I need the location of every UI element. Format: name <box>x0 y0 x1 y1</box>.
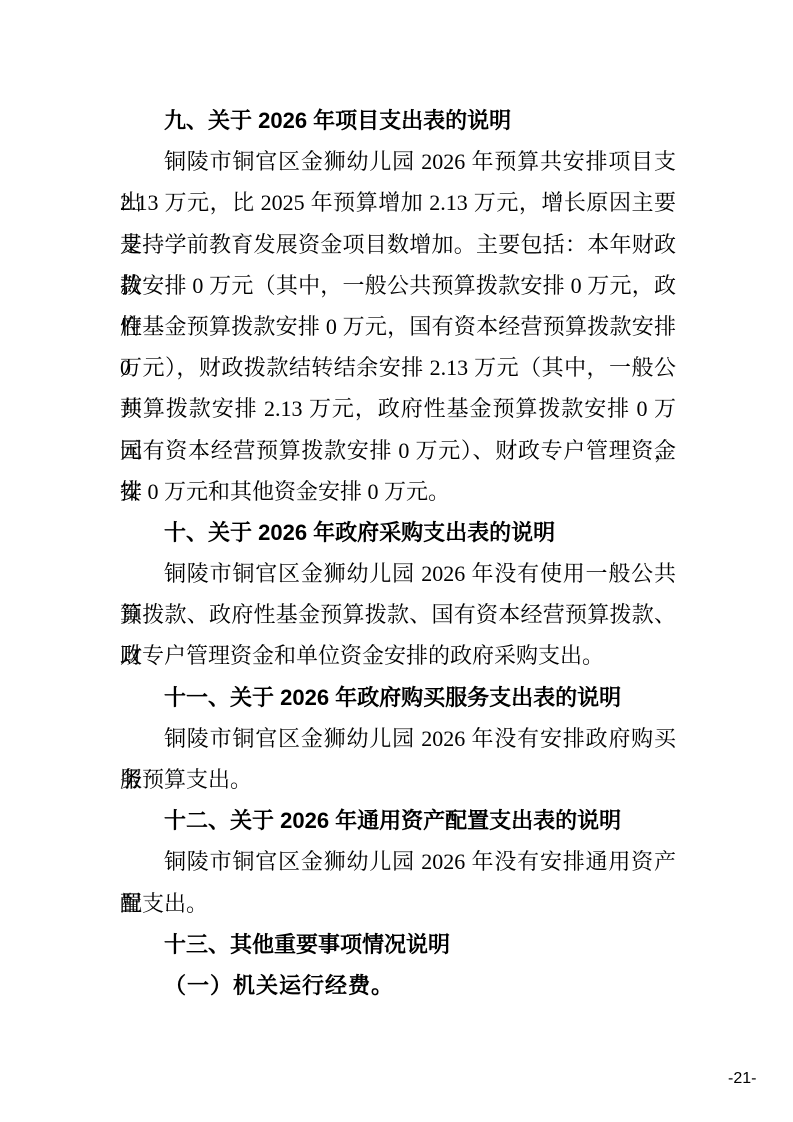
text-line: 置支出。 <box>120 883 676 924</box>
text-line: 万元），财政拨款结转结余安排 2.13 万元（其中，一般公共 <box>120 347 676 388</box>
text-line: 铜陵市铜官区金狮幼儿园 2026 年没有安排通用资产配 <box>120 841 676 882</box>
text-line: 算拨款、政府性基金预算拨款、国有资本经营预算拨款、财 <box>120 594 676 635</box>
section-heading: 十、关于 2026 年政府采购支出表的说明 <box>120 512 676 553</box>
text-line: 铜陵市铜官区金狮幼儿园 2026 年没有使用一般公共预 <box>120 553 676 594</box>
text-line: 政专户管理资金和单位资金安排的政府采购支出。 <box>120 635 676 676</box>
document-page: { "page": { "number_label": "-21-" }, "d… <box>0 0 793 1122</box>
section-heading: 九、关于 2026 年项目支出表的说明 <box>120 100 676 141</box>
text-line: 国有资本经营预算拨款安排 0 万元）、财政专户管理资金安 <box>120 430 676 471</box>
section-heading: 十一、关于 2026 年政府购买服务支出表的说明 <box>120 677 676 718</box>
text-line: 款安排 0 万元（其中，一般公共预算拨款安排 0 万元，政府 <box>120 265 676 306</box>
text-line: 预算拨款安排 2.13 万元，政府性基金预算拨款安排 0 万元， <box>120 388 676 429</box>
sub-heading: （一）机关运行经费。 <box>120 965 676 1006</box>
page-number: -21- <box>728 1070 772 1088</box>
text-line: 铜陵市铜官区金狮幼儿园 2026 年预算共安排项目支出 <box>120 141 676 182</box>
text-line: 支持学前教育发展资金项目数增加。主要包括：本年财政拨 <box>120 224 676 265</box>
text-line: 排 0 万元和其他资金安排 0 万元。 <box>120 471 676 512</box>
text-line: 铜陵市铜官区金狮幼儿园 2026 年没有安排政府购买服 <box>120 718 676 759</box>
section-heading: 十二、关于 2026 年通用资产配置支出表的说明 <box>120 800 676 841</box>
section-heading: 十三、其他重要事项情况说明 <box>120 924 676 965</box>
text-line: 性基金预算拨款安排 0 万元，国有资本经营预算拨款安排 0 <box>120 306 676 347</box>
document-body: 九、关于 2026 年项目支出表的说明 铜陵市铜官区金狮幼儿园 2026 年预算… <box>120 100 676 1006</box>
text-line: 务预算支出。 <box>120 759 676 800</box>
text-line: 2.13 万元，比 2025 年预算增加 2.13 万元，增长原因主要是 <box>120 182 676 223</box>
